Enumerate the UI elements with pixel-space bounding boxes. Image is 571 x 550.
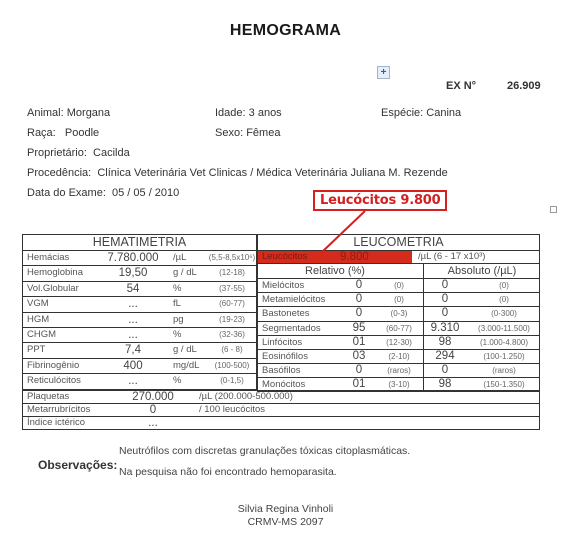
date-value: 05 / 05 / 2010 <box>112 187 179 199</box>
leucometria-row: Mielócitos0(0)0(0) <box>258 279 539 293</box>
leucometria-row: Segmentados95(60-77)9.310(3.000-11.500) <box>258 322 539 336</box>
parameter-name: Hemoglobina <box>27 266 83 280</box>
parameter-value: ... <box>103 328 163 342</box>
parameter-unit: % <box>173 282 181 296</box>
resize-handle-icon[interactable] <box>550 206 557 213</box>
hematimetria-row: HGM...pg(19-23) <box>23 313 256 328</box>
leucocitos-label: Leucócitos <box>262 251 307 263</box>
parameter-name: VGM <box>27 297 49 311</box>
species-field: Espécie: Canina <box>381 107 461 119</box>
leucocitos-value: 9.800 <box>340 251 369 263</box>
owner-label: Proprietário: <box>27 147 87 159</box>
relative-ref: (raros) <box>378 364 420 377</box>
parameter-unit: pg <box>173 313 184 327</box>
parameter-unit: /µL <box>173 251 186 265</box>
leucometria-row: Bastonetes0(0-3)0(0-300) <box>258 307 539 321</box>
plus-icon[interactable]: + <box>377 66 390 79</box>
parameter-ref: /µL (200.000-500.000) <box>199 391 293 403</box>
hematimetria-row: Hemoglobina19,50g / dL(12-18) <box>23 266 256 281</box>
parameter-value: 54 <box>103 282 163 296</box>
cell-type-name: Eosinófilos <box>262 350 308 363</box>
parameter-name: CHGM <box>27 328 56 342</box>
cell-type-name: Bastonetes <box>262 307 310 320</box>
relative-ref: (0) <box>378 293 420 306</box>
hematimetria-row: Hemácias7.780.000/µL(5,5-8,5x10⁶) <box>23 251 256 266</box>
observation-line: Neutrófilos com discretas granulações tó… <box>119 445 410 457</box>
signature-registration: CRMV-MS 2097 <box>0 516 571 528</box>
owner-field: Proprietário: Cacilda <box>27 147 130 159</box>
parameter-value: 270.000 <box>123 391 183 403</box>
origin-field: Procedência: Clínica Veterinária Vet Cli… <box>27 167 448 179</box>
date-label: Data do Exame: <box>27 187 106 199</box>
absolute-value: 0 <box>425 293 465 306</box>
hematimetria-row: CHGM...%(32-36) <box>23 328 256 343</box>
parameter-name: HGM <box>27 313 49 327</box>
animal-field: Animal: Morgana <box>27 107 110 119</box>
hematimetria-table: HEMATIMETRIA Hemácias7.780.000/µL(5,5-8,… <box>22 234 257 390</box>
parameter-ref: (6 - 8) <box>208 343 256 357</box>
age-value: 3 anos <box>249 107 282 119</box>
sex-value: Fêmea <box>246 127 280 139</box>
hematimetria-row: Vol.Globular54%(37-55) <box>23 282 256 297</box>
parameter-value: ... <box>123 417 183 429</box>
parameter-unit: g / dL <box>173 266 197 280</box>
leucometria-header: LEUCOMETRIA <box>258 235 539 251</box>
sex-field: Sexo: Fêmea <box>215 127 280 139</box>
parameter-name: Hemácias <box>27 251 69 265</box>
bottom-table: Plaquetas270.000/µL (200.000-500.000)Met… <box>22 390 540 430</box>
absolute-ref: (1.000-4.800) <box>468 336 540 349</box>
date-field: Data do Exame: 05 / 05 / 2010 <box>27 187 179 199</box>
absolute-ref: (0) <box>468 293 540 306</box>
parameter-unit: fL <box>173 297 181 311</box>
leucometria-row: Linfócitos01(12-30)98(1.000-4.800) <box>258 336 539 350</box>
cell-type-name: Mielócitos <box>262 279 304 292</box>
parameter-ref: (32-36) <box>208 328 256 342</box>
absolute-ref: (3.000-11.500) <box>468 322 540 335</box>
leucometria-row: Basófilos0(raros)0(raros) <box>258 364 539 378</box>
parameter-name: Plaquetas <box>27 391 69 403</box>
parameter-unit: g / dL <box>173 343 197 357</box>
hematimetria-row: Reticulócitos...%(0-1,5) <box>23 374 256 388</box>
origin-label: Procedência: <box>27 167 91 179</box>
cell-type-name: Segmentados <box>262 322 321 335</box>
relative-value: 01 <box>346 336 372 349</box>
parameter-ref: (19-23) <box>208 313 256 327</box>
breed-value: Poodle <box>65 127 99 139</box>
absolute-ref: (0-300) <box>468 307 540 320</box>
relative-ref: (60-77) <box>378 322 420 335</box>
extra-parameter-row: Índice ictérico... <box>23 417 539 429</box>
hematimetria-row: Fibrinogênio400mg/dL(100-500) <box>23 359 256 374</box>
parameter-value: 0 <box>123 404 183 416</box>
absolute-value: 98 <box>425 336 465 349</box>
parameter-value: ... <box>103 313 163 327</box>
parameter-ref: (12-18) <box>208 266 256 280</box>
relative-ref: (12-30) <box>378 336 420 349</box>
parameter-value: 7.780.000 <box>103 251 163 265</box>
parameter-unit: % <box>173 374 181 388</box>
leucocitos-row: Leucócitos 9.800 /µL (6 - 17 x10³) <box>258 251 539 264</box>
relativo-header: Relativo (%) <box>258 264 412 278</box>
parameter-ref: / 100 leucócitos <box>199 404 265 416</box>
relative-value: 0 <box>346 279 372 292</box>
species-value: Canina <box>426 107 461 119</box>
leucocitos-callout: Leucócitos 9.800 <box>313 190 447 211</box>
parameter-name: Índice ictérico <box>27 417 85 429</box>
absolute-value: 294 <box>425 350 465 363</box>
leucometria-divider <box>423 264 424 392</box>
report-title: HEMOGRAMA <box>0 22 571 40</box>
parameter-name: PPT <box>27 343 45 357</box>
parameter-value: ... <box>103 297 163 311</box>
relative-value: 0 <box>346 364 372 377</box>
parameter-ref: (60-77) <box>208 297 256 311</box>
absolute-value: 0 <box>425 364 465 377</box>
breed-label: Raça: <box>27 127 56 139</box>
signature-name: Silvia Regina Vinholi <box>0 503 571 515</box>
relative-ref: (0-3) <box>378 307 420 320</box>
absolute-value: 0 <box>425 279 465 292</box>
absolute-value: 0 <box>425 307 465 320</box>
relative-ref: (0) <box>378 279 420 292</box>
observations-label: Observações: <box>38 458 117 472</box>
parameter-value: 400 <box>103 359 163 373</box>
sex-label: Sexo: <box>215 127 243 139</box>
leucocitos-ref: /µL (6 - 17 x10³) <box>418 251 485 263</box>
relative-value: 0 <box>346 293 372 306</box>
absolute-ref: (0) <box>468 279 540 292</box>
animal-label: Animal: <box>27 107 64 119</box>
parameter-ref: (100-500) <box>208 359 256 373</box>
parameter-value: 7,4 <box>103 343 163 357</box>
age-field: Idade: 3 anos <box>215 107 282 119</box>
parameter-value: ... <box>103 374 163 388</box>
parameter-name: Fibrinogênio <box>27 359 79 373</box>
relative-ref: (2-10) <box>378 350 420 363</box>
hematimetria-row: PPT7,4g / dL(6 - 8) <box>23 343 256 358</box>
observation-line: Na pesquisa não foi encontrado hemoparas… <box>119 466 337 478</box>
exam-number: 26.909 <box>507 80 541 92</box>
absolute-ref: (100-1.250) <box>468 350 540 363</box>
breed-field: Raça: Poodle <box>27 127 99 139</box>
leucometria-row: Eosinófilos03(2-10)294(100-1.250) <box>258 350 539 364</box>
relative-value: 95 <box>346 322 372 335</box>
relative-value: 03 <box>346 350 372 363</box>
hematimetria-row: VGM...fL(60-77) <box>23 297 256 312</box>
species-label: Espécie: <box>381 107 423 119</box>
parameter-unit: mg/dL <box>173 359 199 373</box>
parameter-ref: (0-1,5) <box>208 374 256 388</box>
origin-value: Clínica Veterinária Vet Clinicas / Médic… <box>97 167 447 179</box>
owner-value: Cacilda <box>93 147 130 159</box>
parameter-name: Metarrubrícitos <box>27 404 90 416</box>
parameter-ref: (5,5-8,5x10⁶) <box>208 251 256 265</box>
cell-type-name: Basófilos <box>262 364 301 377</box>
absoluto-header: Absoluto (/µL) <box>423 264 541 278</box>
parameter-name: Reticulócitos <box>27 374 81 388</box>
leucometria-table: LEUCOMETRIA Leucócitos 9.800 /µL (6 - 17… <box>257 234 540 392</box>
absolute-ref: (raros) <box>468 364 540 377</box>
animal-value: Morgana <box>67 107 110 119</box>
hematimetria-header: HEMATIMETRIA <box>23 235 256 251</box>
parameter-ref: (37-55) <box>208 282 256 296</box>
absolute-value: 9.310 <box>425 322 465 335</box>
leucometria-subheader: Relativo (%) Absoluto (/µL) <box>258 264 539 279</box>
cell-type-name: Metamielócitos <box>262 293 325 306</box>
extra-parameter-row: Metarrubrícitos0/ 100 leucócitos <box>23 404 539 417</box>
parameter-unit: % <box>173 328 181 342</box>
parameter-name: Vol.Globular <box>27 282 79 296</box>
leucometria-row: Metamielócitos0(0)0(0) <box>258 293 539 307</box>
relative-value: 0 <box>346 307 372 320</box>
parameter-value: 19,50 <box>103 266 163 280</box>
extra-parameter-row: Plaquetas270.000/µL (200.000-500.000) <box>23 391 539 404</box>
age-label: Idade: <box>215 107 246 119</box>
cell-type-name: Linfócitos <box>262 336 302 349</box>
exam-number-label: EX N° <box>446 80 476 92</box>
